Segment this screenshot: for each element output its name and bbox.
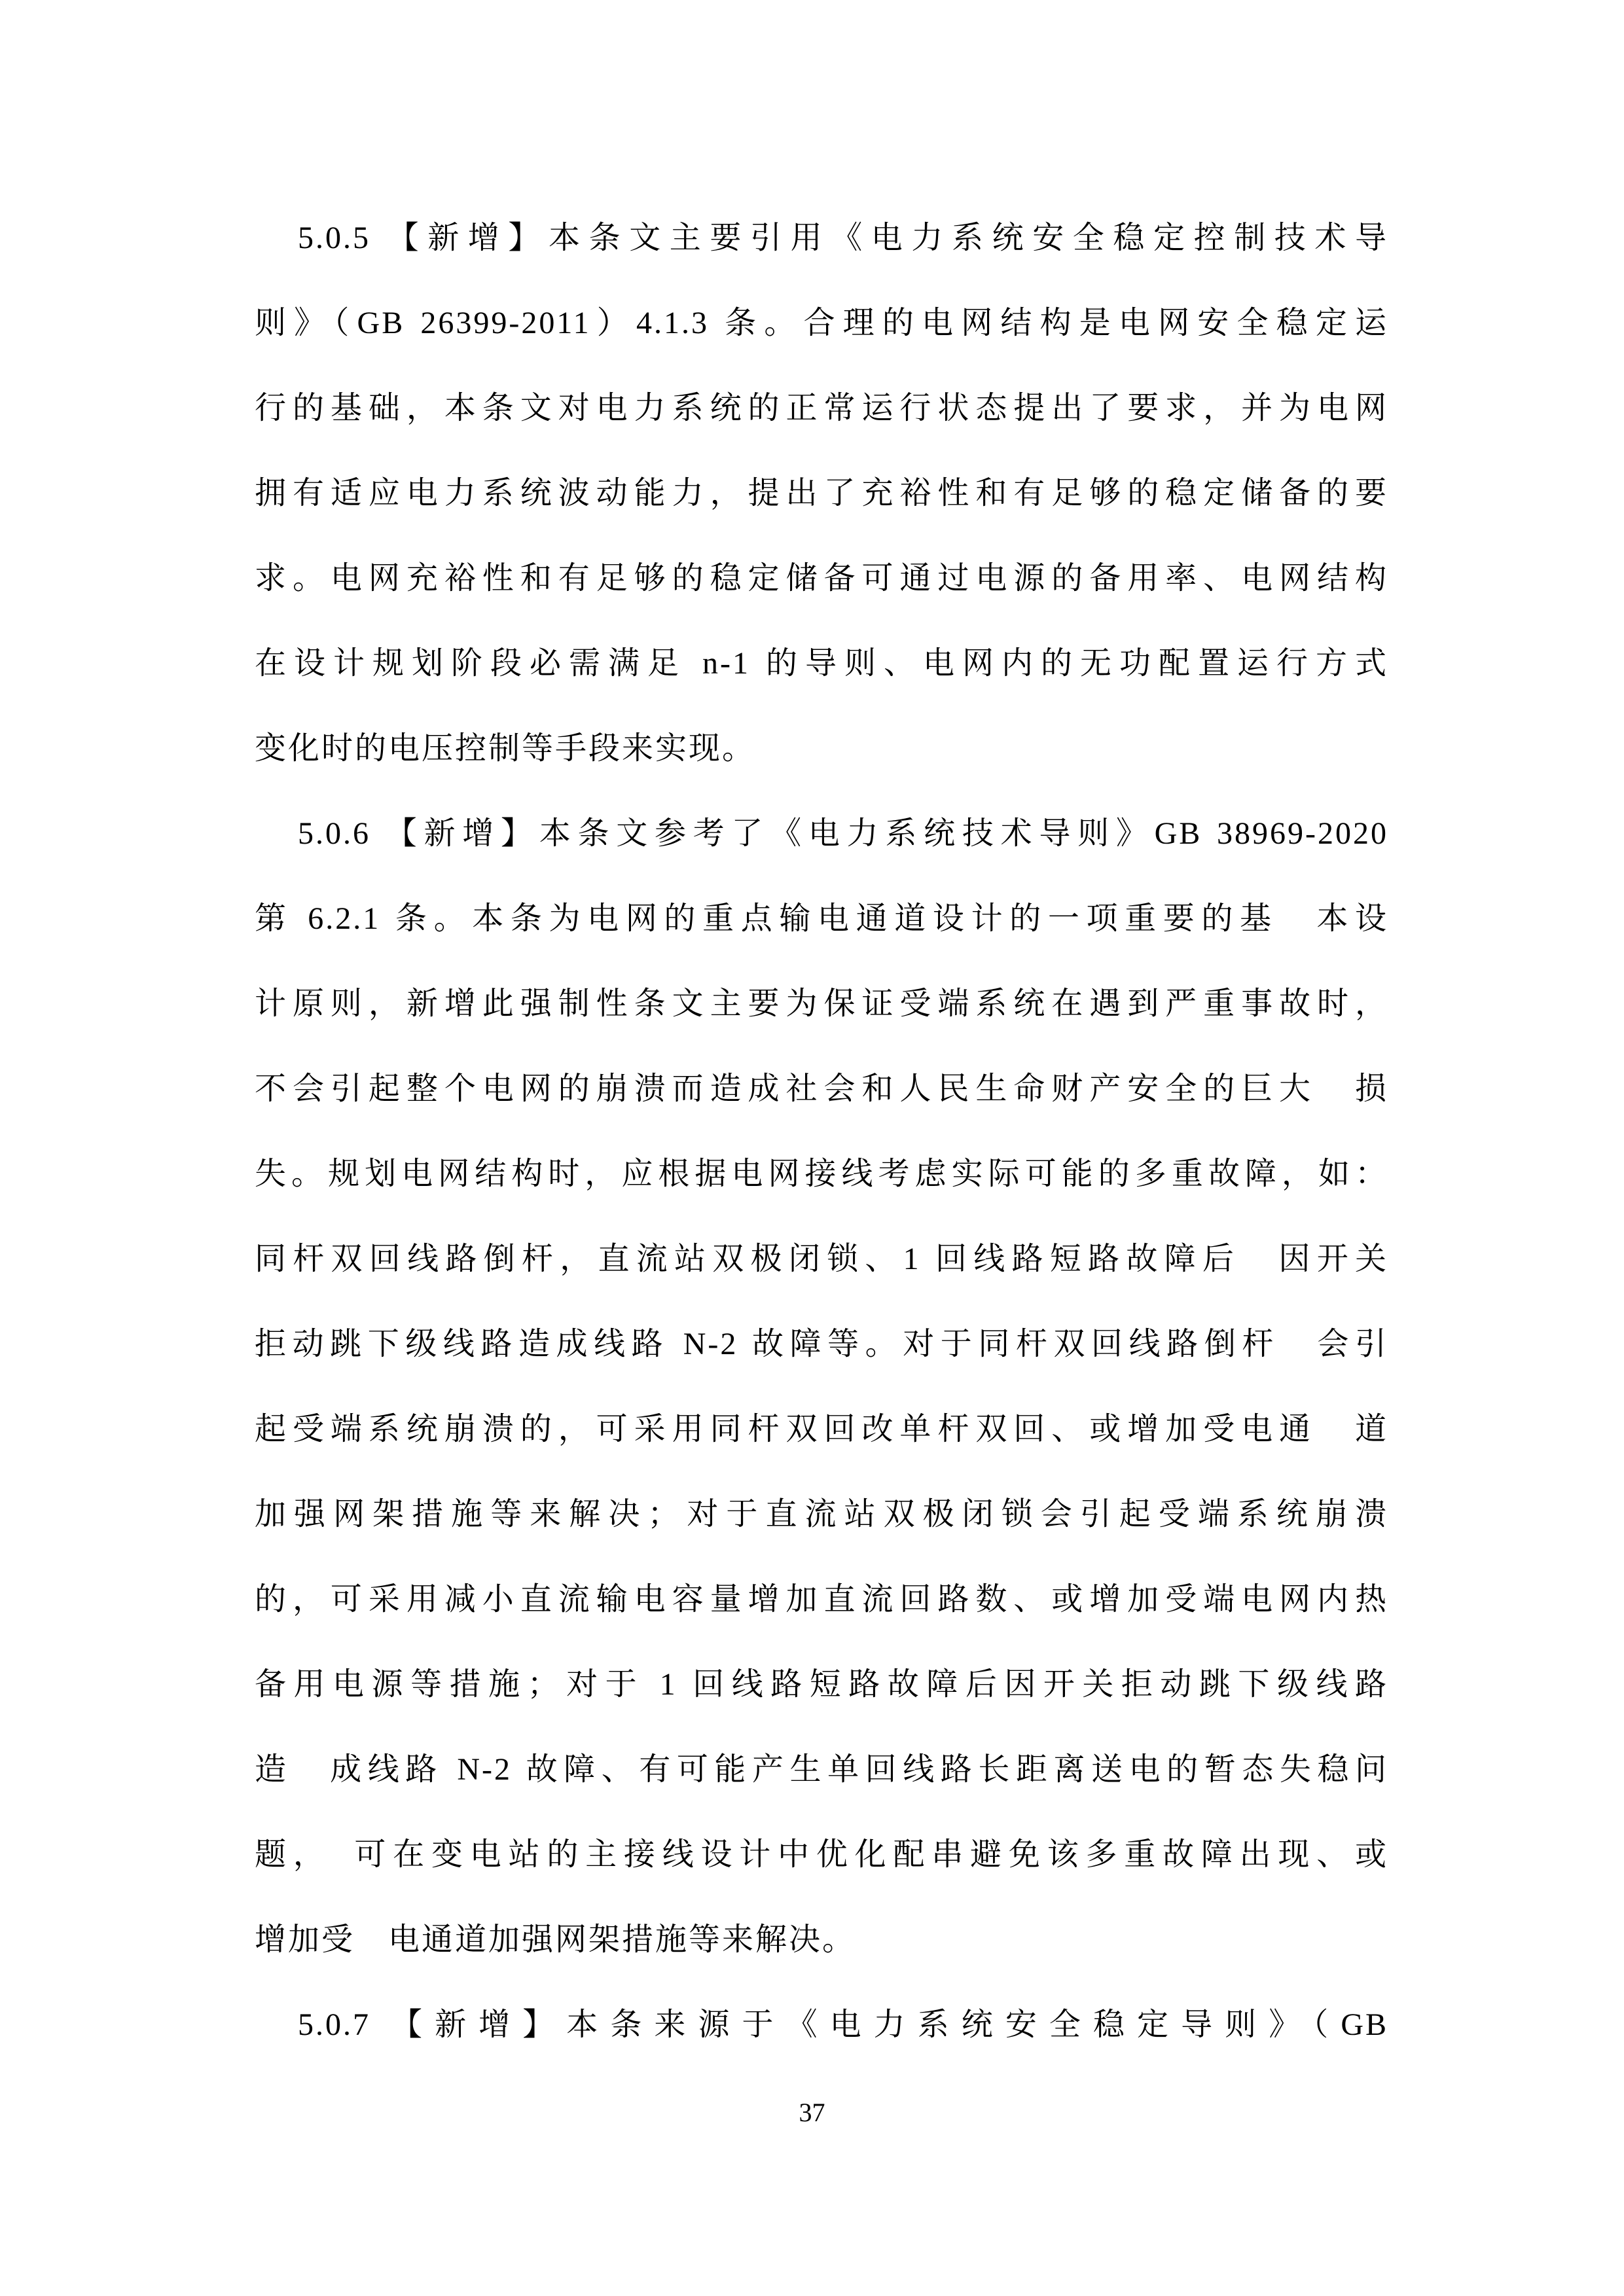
text-line: 备用电源等措施；对于 1 回线路短路故障后因开关拒动跳下级线路	[255, 1642, 1388, 1727]
text-line: 5.0.6 【新增】本条文参考了《电力系统技术导则》GB 38969-2020	[255, 791, 1388, 876]
text-line: 在设计规划阶段必需满足 n-1 的导则、电网内的无功配置运行方式	[255, 621, 1388, 706]
text-line: 则》（GB 26399-2011）4.1.3 条。合理的电网结构是电网安全稳定运	[255, 281, 1388, 366]
text-line: 求。电网充裕性和有足够的稳定储备可通过电源的备用率、电网结构	[255, 536, 1388, 621]
text-line: 的，可采用减小直流输电容量增加直流回路数、或增加受端电网内热	[255, 1557, 1388, 1642]
text-line: 计原则，新增此强制性条文主要为保证受端系统在遇到严重事故时，	[255, 961, 1388, 1047]
text-line: 第 6.2.1 条。本条为电网的重点输电通道设计的一项重要的基 本设	[255, 876, 1388, 961]
text-line: 5.0.5 【新增】本条文主要引用《电力系统安全稳定控制技术导	[255, 196, 1388, 281]
page-number: 37	[0, 2100, 1624, 2126]
text-line: 题， 可在变电站的主接线设计中优化配串避免该多重故障出现、或	[255, 1812, 1388, 1897]
text-line: 不会引起整个电网的崩溃而造成社会和人民生命财产安全的巨大 损	[255, 1047, 1388, 1132]
text-line: 5.0.7 【新增】本条来源于《电力系统安全稳定导则》（GB	[255, 1982, 1388, 2068]
text-line: 变化时的电压控制等手段来实现。	[255, 706, 1388, 791]
text-line: 失。规划电网结构时，应根据电网接线考虑实际可能的多重故障，如：	[255, 1132, 1388, 1217]
text-line: 增加受 电通道加强网架措施等来解决。	[255, 1897, 1388, 1982]
text-line: 行的基础，本条文对电力系统的正常运行状态提出了要求，并为电网	[255, 366, 1388, 451]
document-body: 5.0.5 【新增】本条文主要引用《电力系统安全稳定控制技术导 则》（GB 26…	[255, 196, 1388, 2068]
text-line: 起受端系统崩溃的，可采用同杆双回改单杆双回、或增加受电通 道	[255, 1387, 1388, 1472]
text-line: 拒动跳下级线路造成线路 N-2 故障等。对于同杆双回线路倒杆 会引	[255, 1302, 1388, 1387]
text-line: 同杆双回线路倒杆，直流站双极闭锁、1 回线路短路故障后 因开关	[255, 1217, 1388, 1302]
text-line: 造 成线路 N-2 故障、有可能产生单回线路长距离送电的暂态失稳问	[255, 1727, 1388, 1812]
text-line: 加强网架措施等来解决；对于直流站双极闭锁会引起受端系统崩溃	[255, 1472, 1388, 1557]
text-line: 拥有适应电力系统波动能力，提出了充裕性和有足够的稳定储备的要	[255, 451, 1388, 536]
document-page: 5.0.5 【新增】本条文主要引用《电力系统安全稳定控制技术导 则》（GB 26…	[0, 0, 1624, 2296]
